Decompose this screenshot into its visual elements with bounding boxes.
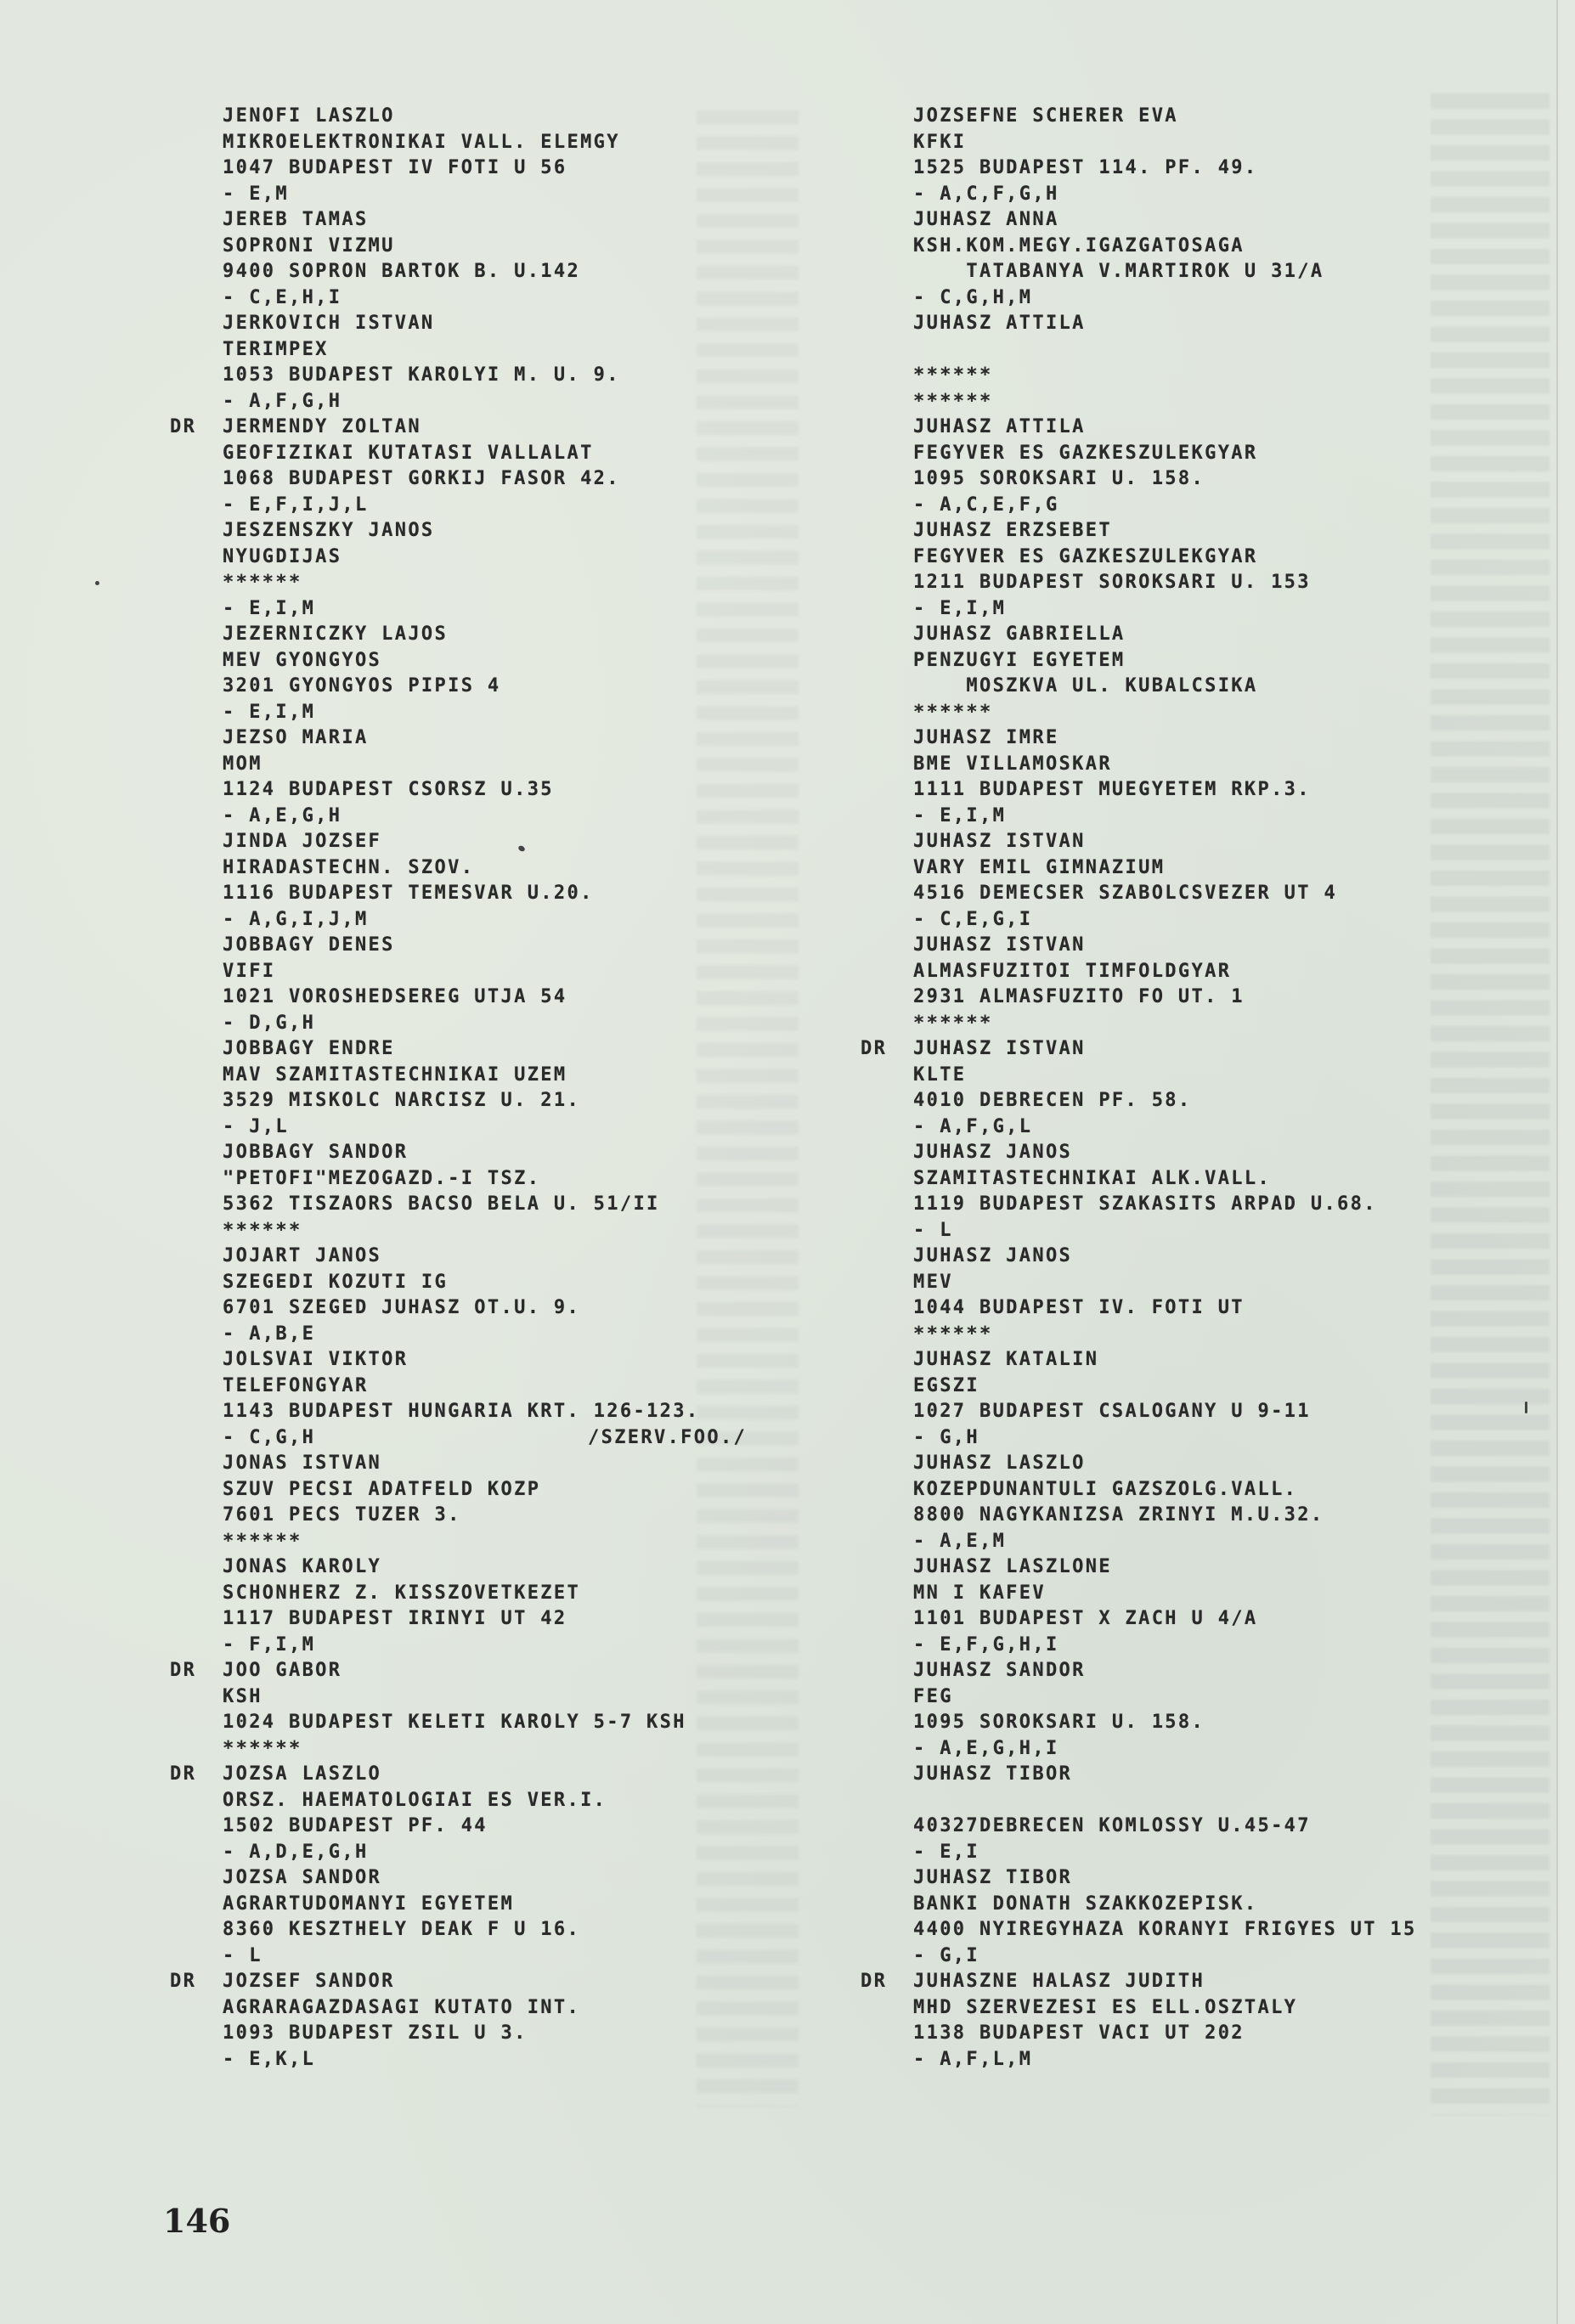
- directory-entry: JUHASZ JANOSMEV1044 BUDAPEST IV. FOTI UT…: [913, 1244, 1542, 1347]
- person-name: JOO GABOR: [223, 1660, 342, 1681]
- entry-name: JUHASZ IMRE: [913, 725, 1542, 752]
- directory-entry: JUHASZ SANDORFEG1095 SOROKSARI U. 158.- …: [913, 1658, 1542, 1762]
- directory-column-left: JENOFI LASZLOMIKROELEKTRONIKAI VALL. ELE…: [223, 104, 851, 2073]
- entry-name: DRJUHASZNE HALASZ JUDITH: [913, 1969, 1542, 1995]
- entry-name: JUHASZ ATTILA: [913, 415, 1542, 441]
- entry-name: JOZSA SANDOR: [223, 1865, 851, 1892]
- organization: SZAMITASTECHNIKAI ALK.VALL.: [913, 1166, 1542, 1193]
- entry-name: DRJOO GABOR: [223, 1658, 851, 1684]
- organization: BME VILLAMOSKAR: [913, 752, 1542, 778]
- address: 1138 BUDAPEST VACI UT 202: [913, 2021, 1542, 2047]
- interest-codes: - A,F,L,M: [913, 2047, 1542, 2073]
- directory-entry: DRJOZSA LASZLOORSZ. HAEMATOLOGIAI ES VER…: [223, 1762, 851, 1865]
- directory-entry: JUHASZ ERZSEBETFEGYVER ES GAZKESZULEKGYA…: [913, 518, 1542, 622]
- interest-codes: - F,I,M: [223, 1633, 851, 1659]
- entry-name: JUHASZ ERZSEBET: [913, 518, 1542, 544]
- organization: FEGYVER ES GAZKESZULEKGYAR: [913, 544, 1542, 571]
- title-prefix: DR: [170, 1969, 196, 1995]
- entry-name: JEREB TAMAS: [223, 207, 851, 234]
- entry-name: JEZSO MARIA: [223, 725, 851, 752]
- organization: KLTE: [913, 1063, 1542, 1089]
- directory-entry: JUHASZ TIBOR40327DEBRECEN KOMLOSSY U.45-…: [913, 1762, 1542, 1865]
- directory-entry: JOLSVAI VIKTORTELEFONGYAR1143 BUDAPEST H…: [223, 1347, 851, 1451]
- organization: "PETOFI"MEZOGAZD.-I TSZ.: [223, 1166, 851, 1193]
- address: 7601 PECS TUZER 3.: [223, 1503, 851, 1529]
- directory-entry: JOBBAGY ENDREMAV SZAMITASTECHNIKAI UZEM3…: [223, 1036, 851, 1140]
- directory-entry: JOBBAGY SANDOR"PETOFI"MEZOGAZD.-I TSZ.53…: [223, 1140, 851, 1244]
- entry-name: JOBBAGY ENDRE: [223, 1036, 851, 1063]
- organization: MAV SZAMITASTECHNIKAI UZEM: [223, 1063, 851, 1089]
- interest-codes: - A,B,E: [223, 1322, 851, 1348]
- entry-name: JOLSVAI VIKTOR: [223, 1347, 851, 1374]
- entry-name: JEZERNICZKY LAJOS: [223, 622, 851, 648]
- entry-name: DRJUHASZ ISTVAN: [913, 1036, 1542, 1063]
- address: 4010 DEBRECEN PF. 58.: [913, 1088, 1542, 1114]
- interest-codes: - D,G,H: [223, 1011, 851, 1037]
- person-name: JUHASZ KATALIN: [913, 1349, 1098, 1370]
- organization: SZUV PECSI ADATFELD KOZP: [223, 1477, 851, 1503]
- address: 1021 VOROSHEDSEREG UTJA 54: [223, 984, 851, 1011]
- person-name: JUHASZ TIBOR: [913, 1763, 1072, 1785]
- organization: MHD SZERVEZESI ES ELL.OSZTALY: [913, 1995, 1542, 2022]
- directory-entry: JUHASZ GABRIELLAPENZUGYI EGYETEM MOSZKVA…: [913, 622, 1542, 725]
- address: 1211 BUDAPEST SOROKSARI U. 153: [913, 570, 1542, 596]
- interest-codes: - E,K,L: [223, 2047, 851, 2073]
- person-name: JESZENSZKY JANOS: [223, 520, 435, 541]
- entry-name: JUHASZ TIBOR: [913, 1762, 1542, 1788]
- interest-codes: - A,G,I,J,M: [223, 907, 851, 934]
- address: 8800 NAGYKANIZSA ZRINYI M.U.32.: [913, 1503, 1542, 1529]
- interest-codes: - G,H: [913, 1425, 1542, 1452]
- organization: [913, 1788, 1542, 1814]
- organization: PENZUGYI EGYETEM: [913, 648, 1542, 674]
- address: 1117 BUDAPEST IRINYI UT 42: [223, 1606, 851, 1633]
- entry-name: JOJART JANOS: [223, 1244, 851, 1270]
- address: 4400 NYIREGYHAZA KORANYI FRIGYES UT 15: [913, 1917, 1542, 1943]
- entry-name: JOBBAGY SANDOR: [223, 1140, 851, 1166]
- title-prefix: DR: [170, 415, 196, 441]
- directory-entry: JESZENSZKY JANOSNYUGDIJAS******- E,I,M: [223, 518, 851, 622]
- address: 5362 TISZAORS BACSO BELA U. 51/II: [223, 1192, 851, 1218]
- entry-name: JESZENSZKY JANOS: [223, 518, 851, 544]
- address: 1116 BUDAPEST TEMESVAR U.20.: [223, 881, 851, 907]
- person-name: JOZSA SANDOR: [223, 1867, 381, 1888]
- person-name: JOBBAGY DENES: [223, 934, 395, 956]
- directory-entry: JOJART JANOSSZEGEDI KOZUTI IG6701 SZEGED…: [223, 1244, 851, 1347]
- entry-name: JONAS ISTVAN: [223, 1451, 851, 1477]
- organization: MIKROELEKTRONIKAI VALL. ELEMGY: [223, 130, 851, 156]
- directory-entry: JENOFI LASZLOMIKROELEKTRONIKAI VALL. ELE…: [223, 104, 851, 207]
- person-name: JERKOVICH ISTVAN: [223, 313, 435, 334]
- organization: MN I KAFEV: [913, 1581, 1542, 1607]
- title-prefix: DR: [861, 1969, 887, 1995]
- interest-codes: - E,F,G,H,I: [913, 1633, 1542, 1659]
- address: 9400 SOPRON BARTOK B. U.142: [223, 259, 851, 285]
- interest-codes: - C,E,H,I: [223, 285, 851, 312]
- no-data-marker: ******: [223, 1736, 851, 1763]
- interest-codes: - A,C,E,F,G: [913, 493, 1542, 519]
- directory-entry: DRJOZSEF SANDORAGRARAGAZDASAGI KUTATO IN…: [223, 1969, 851, 2073]
- person-name: JUHASZ ATTILA: [913, 416, 1086, 437]
- organization: ALMASFUZITOI TIMFOLDGYAR: [913, 959, 1542, 985]
- person-name: JUHASZ JANOS: [913, 1142, 1072, 1163]
- no-data-marker: ******: [913, 1011, 1542, 1037]
- organization: EGSZI: [913, 1374, 1542, 1400]
- organization: SOPRONI VIZMU: [223, 234, 851, 260]
- organization: TELEFONGYAR: [223, 1374, 851, 1400]
- address: 8360 KESZTHELY DEAK F U 16.: [223, 1917, 851, 1943]
- address: 1024 BUDAPEST KELETI KAROLY 5-7 KSH: [223, 1710, 851, 1736]
- person-name: JEZSO MARIA: [223, 727, 369, 748]
- directory-entry: DRJERMENDY ZOLTANGEOFIZIKAI KUTATASI VAL…: [223, 415, 851, 518]
- directory-entry: JUHASZ ISTVANVARY EMIL GIMNAZIUM4516 DEM…: [913, 829, 1542, 933]
- title-prefix: DR: [861, 1036, 887, 1063]
- directory-entry: JONAS ISTVANSZUV PECSI ADATFELD KOZP7601…: [223, 1451, 851, 1554]
- title-prefix: DR: [170, 1658, 196, 1684]
- interest-codes: - E,I,M: [913, 596, 1542, 623]
- entry-name: JUHASZ ATTILA: [913, 311, 1542, 337]
- no-data-marker: ******: [913, 1322, 1542, 1348]
- person-name: JUHASZ ISTVAN: [913, 934, 1086, 956]
- directory-entry: JUHASZ LASZLONEMN I KAFEV1101 BUDAPEST X…: [913, 1554, 1542, 1658]
- directory-entry: DRJUHASZ ISTVANKLTE4010 DEBRECEN PF. 58.…: [913, 1036, 1542, 1140]
- person-name: JONAS KAROLY: [223, 1556, 381, 1577]
- person-name: JUHASZ JANOS: [913, 1245, 1072, 1266]
- title-prefix: DR: [170, 1762, 196, 1788]
- organization: TERIMPEX: [223, 337, 851, 364]
- person-name: JENOFI LASZLO: [223, 105, 395, 127]
- person-name: JOLSVAI VIKTOR: [223, 1349, 408, 1370]
- entry-name: DRJOZSA LASZLO: [223, 1762, 851, 1788]
- entry-name: JUHASZ LASZLO: [913, 1451, 1542, 1477]
- organization: FEGYVER ES GAZKESZULEKGYAR: [913, 441, 1542, 467]
- person-name: JUHASZ ISTVAN: [913, 1038, 1086, 1059]
- address: 1095 SOROKSARI U. 158.: [913, 1710, 1542, 1736]
- interest-codes: - E,I,M: [913, 804, 1542, 830]
- address: 1111 BUDAPEST MUEGYETEM RKP.3.: [913, 777, 1542, 804]
- organization: SZEGEDI KOZUTI IG: [223, 1270, 851, 1296]
- address: 1143 BUDAPEST HUNGARIA KRT. 126-123.: [223, 1399, 851, 1425]
- person-name: JINDA JOZSEF: [223, 831, 381, 852]
- directory-entry: DRJOO GABORKSH1024 BUDAPEST KELETI KAROL…: [223, 1658, 851, 1762]
- address: 1027 BUDAPEST CSALOGANY U 9-11: [913, 1399, 1542, 1425]
- interest-codes: - E,I: [913, 1840, 1542, 1866]
- person-name: JUHASZ IMRE: [913, 727, 1059, 748]
- directory-entry: JOZSA SANDORAGRARTUDOMANYI EGYETEM8360 K…: [223, 1865, 851, 1969]
- organization: SCHONHERZ Z. KISSZOVETKEZET: [223, 1581, 851, 1607]
- directory-entry: JERKOVICH ISTVANTERIMPEX1053 BUDAPEST KA…: [223, 311, 851, 415]
- entry-name: DRJERMENDY ZOLTAN: [223, 415, 851, 441]
- interest-codes: - A,D,E,G,H: [223, 1840, 851, 1866]
- no-data-marker: ******: [223, 1218, 851, 1244]
- organization: ORSZ. HAEMATOLOGIAI ES VER.I.: [223, 1788, 851, 1814]
- organization: GEOFIZIKAI KUTATASI VALLALAT: [223, 441, 851, 467]
- directory-column-right: JOZSEFNE SCHERER EVAKFKI1525 BUDAPEST 11…: [913, 104, 1542, 2073]
- address: 1053 BUDAPEST KAROLYI M. U. 9.: [223, 363, 851, 389]
- person-name: JOZSEFNE SCHERER EVA: [913, 105, 1178, 127]
- directory-entry: JINDA JOZSEFHIRADASTECHN. SZOV.1116 BUDA…: [223, 829, 851, 933]
- address: TATABANYA V.MARTIROK U 31/A: [913, 259, 1542, 285]
- interest-codes: - E,I,M: [223, 596, 851, 623]
- interest-codes: - L: [913, 1218, 1542, 1244]
- organization: KSH: [223, 1684, 851, 1711]
- person-name: JUHASZ LASZLO: [913, 1452, 1086, 1474]
- address: 1095 SOROKSARI U. 158.: [913, 466, 1542, 493]
- address: 1119 BUDAPEST SZAKASITS ARPAD U.68.: [913, 1192, 1542, 1218]
- interest-codes: - A,C,F,G,H: [913, 182, 1542, 208]
- person-name: JOBBAGY ENDRE: [223, 1038, 395, 1059]
- entry-name: JUHASZ LASZLONE: [913, 1554, 1542, 1581]
- organization: MOM: [223, 752, 851, 778]
- directory-entry: JUHASZ LASZLOKOZEPDUNANTULI GAZSZOLG.VAL…: [913, 1451, 1542, 1554]
- address: 1047 BUDAPEST IV FOTI U 56: [223, 155, 851, 182]
- person-name: JOZSEF SANDOR: [223, 1971, 395, 1992]
- organization: KOZEPDUNANTULI GAZSZOLG.VALL.: [913, 1477, 1542, 1503]
- entry-name: JUHASZ ISTVAN: [913, 829, 1542, 855]
- address: 1502 BUDAPEST PF. 44: [223, 1814, 851, 1840]
- interest-codes: - A,E,G,H,I: [913, 1736, 1542, 1763]
- directory-entry: JONAS KAROLYSCHONHERZ Z. KISSZOVETKEZET1…: [223, 1554, 851, 1658]
- organization: AGRARAGAZDASAGI KUTATO INT.: [223, 1995, 851, 2022]
- directory-entry: JUHASZ KATALINEGSZI1027 BUDAPEST CSALOGA…: [913, 1347, 1542, 1451]
- address: 6701 SZEGED JUHASZ OT.U. 9.: [223, 1295, 851, 1322]
- person-name: JEREB TAMAS: [223, 209, 369, 230]
- entry-name: JUHASZ ISTVAN: [913, 933, 1542, 959]
- organization: HIRADASTECHN. SZOV.: [223, 855, 851, 882]
- interest-codes: - E,M: [223, 182, 851, 208]
- interest-codes: - C,E,G,I: [913, 907, 1542, 934]
- interest-codes: - E,I,M: [223, 700, 851, 726]
- interest-codes: - C,G,H/SZERV.FOO./: [223, 1425, 851, 1452]
- entry-name: JUHASZ JANOS: [913, 1244, 1542, 1270]
- address: 4516 DEMECSER SZABOLCSVEZER UT 4: [913, 881, 1542, 907]
- person-name: JUHASZ SANDOR: [913, 1660, 1086, 1681]
- interest-codes: - A,E,G,H: [223, 804, 851, 830]
- person-name: JERMENDY ZOLTAN: [223, 416, 421, 437]
- page-edge: [1556, 0, 1575, 2324]
- organization: MEV: [913, 1270, 1542, 1296]
- person-name: JOJART JANOS: [223, 1245, 381, 1266]
- directory-entry: JUHASZ ANNAKSH.KOM.MEGY.IGAZGATOSAGA TAT…: [913, 207, 1542, 311]
- entry-name: JOBBAGY DENES: [223, 933, 851, 959]
- entry-name: JONAS KAROLY: [223, 1554, 851, 1581]
- address: 1044 BUDAPEST IV. FOTI UT: [913, 1295, 1542, 1322]
- person-name: JUHASZ LASZLONE: [913, 1556, 1112, 1577]
- no-data-marker: ******: [223, 1529, 851, 1555]
- entry-name: JUHASZ TIBOR: [913, 1865, 1542, 1892]
- organization: BANKI DONATH SZAKKOZEPISK.: [913, 1892, 1542, 1918]
- person-name: JUHASZ GABRIELLA: [913, 623, 1126, 645]
- directory-entry: JUHASZ TIBORBANKI DONATH SZAKKOZEPISK.44…: [913, 1865, 1542, 1969]
- directory-entry: JEZERNICZKY LAJOSMEV GYONGYOS3201 GYONGY…: [223, 622, 851, 725]
- address: 40327DEBRECEN KOMLOSSY U.45-47: [913, 1814, 1542, 1840]
- entry-name: JINDA JOZSEF: [223, 829, 851, 855]
- interest-codes: - J,L: [223, 1114, 851, 1141]
- person-name: JUHASZNE HALASZ JUDITH: [913, 1971, 1205, 1992]
- directory-entry: JUHASZ JANOSSZAMITASTECHNIKAI ALK.VALL.1…: [913, 1140, 1542, 1244]
- interest-codes: - E,F,I,J,L: [223, 493, 851, 519]
- person-name: JUHASZ ANNA: [913, 209, 1059, 230]
- address: MOSZKVA UL. KUBALCSIKA: [913, 674, 1542, 700]
- person-name: JUHASZ ISTVAN: [913, 831, 1086, 852]
- person-name: JOZSA LASZLO: [223, 1763, 381, 1785]
- address: 1525 BUDAPEST 114. PF. 49.: [913, 155, 1542, 182]
- no-data-marker: ******: [913, 389, 1542, 415]
- organization: KFKI: [913, 130, 1542, 156]
- interest-codes: - A,E,M: [913, 1529, 1542, 1555]
- organization: MEV GYONGYOS: [223, 648, 851, 674]
- address: 1124 BUDAPEST CSORSZ U.35: [223, 777, 851, 804]
- person-name: JUHASZ TIBOR: [913, 1867, 1072, 1888]
- paper-speck: [1525, 1402, 1527, 1413]
- address: 1068 BUDAPEST GORKIJ FASOR 42.: [223, 466, 851, 493]
- person-name: JONAS ISTVAN: [223, 1452, 381, 1474]
- organization: KSH.KOM.MEGY.IGAZGATOSAGA: [913, 234, 1542, 260]
- no-data-marker: ******: [223, 570, 851, 596]
- address: 1101 BUDAPEST X ZACH U 4/A: [913, 1606, 1542, 1633]
- organization: NYUGDIJAS: [223, 544, 851, 571]
- interest-codes: - A,F,G,H: [223, 389, 851, 415]
- address: 1093 BUDAPEST ZSIL U 3.: [223, 2021, 851, 2047]
- directory-entry: JUHASZ ATTILA************: [913, 311, 1542, 415]
- person-name: JUHASZ ATTILA: [913, 313, 1086, 334]
- no-data-marker: ******: [913, 363, 1542, 389]
- directory-entry: JUHASZ IMREBME VILLAMOSKAR1111 BUDAPEST …: [913, 725, 1542, 829]
- entry-name: JUHASZ ANNA: [913, 207, 1542, 234]
- entry-note: /SZERV.FOO./: [588, 1425, 747, 1452]
- entry-name: JUHASZ JANOS: [913, 1140, 1542, 1166]
- page-number: 146: [163, 2202, 230, 2240]
- entry-name: JUHASZ GABRIELLA: [913, 622, 1542, 648]
- person-name: JOBBAGY SANDOR: [223, 1142, 408, 1163]
- directory-entry: JOBBAGY DENESVIFI1021 VOROSHEDSEREG UTJA…: [223, 933, 851, 1036]
- paper-speck: [95, 581, 99, 585]
- interest-codes: - G,I: [913, 1943, 1542, 1970]
- directory-entry: JUHASZ ISTVANALMASFUZITOI TIMFOLDGYAR293…: [913, 933, 1542, 1036]
- person-name: JUHASZ ERZSEBET: [913, 520, 1112, 541]
- interest-codes: - A,F,G,L: [913, 1114, 1542, 1141]
- person-name: JEZERNICZKY LAJOS: [223, 623, 448, 645]
- directory-entry: DRJUHASZNE HALASZ JUDITHMHD SZERVEZESI E…: [913, 1969, 1542, 2073]
- directory-entry: JOZSEFNE SCHERER EVAKFKI1525 BUDAPEST 11…: [913, 104, 1542, 207]
- interest-codes: - C,G,H,M: [913, 285, 1542, 312]
- entry-name: JUHASZ SANDOR: [913, 1658, 1542, 1684]
- entry-name: JOZSEFNE SCHERER EVA: [913, 104, 1542, 130]
- organization: AGRARTUDOMANYI EGYETEM: [223, 1892, 851, 1918]
- address: 3201 GYONGYOS PIPIS 4: [223, 674, 851, 700]
- organization: VARY EMIL GIMNAZIUM: [913, 855, 1542, 882]
- organization: VIFI: [223, 959, 851, 985]
- organization: FEG: [913, 1684, 1542, 1711]
- address: 3529 MISKOLC NARCISZ U. 21.: [223, 1088, 851, 1114]
- entry-name: JENOFI LASZLO: [223, 104, 851, 130]
- address: 2931 ALMASFUZITO FO UT. 1: [913, 984, 1542, 1011]
- interest-codes: - L: [223, 1943, 851, 1970]
- entry-name: JERKOVICH ISTVAN: [223, 311, 851, 337]
- entry-name: DRJOZSEF SANDOR: [223, 1969, 851, 1995]
- directory-entry: JUHASZ ATTILAFEGYVER ES GAZKESZULEKGYAR1…: [913, 415, 1542, 518]
- no-data-marker: ******: [913, 700, 1542, 726]
- entry-name: JUHASZ KATALIN: [913, 1347, 1542, 1374]
- organization: [913, 337, 1542, 364]
- directory-entry: JEREB TAMASSOPRONI VIZMU9400 SOPRON BART…: [223, 207, 851, 311]
- directory-entry: JEZSO MARIAMOM1124 BUDAPEST CSORSZ U.35-…: [223, 725, 851, 829]
